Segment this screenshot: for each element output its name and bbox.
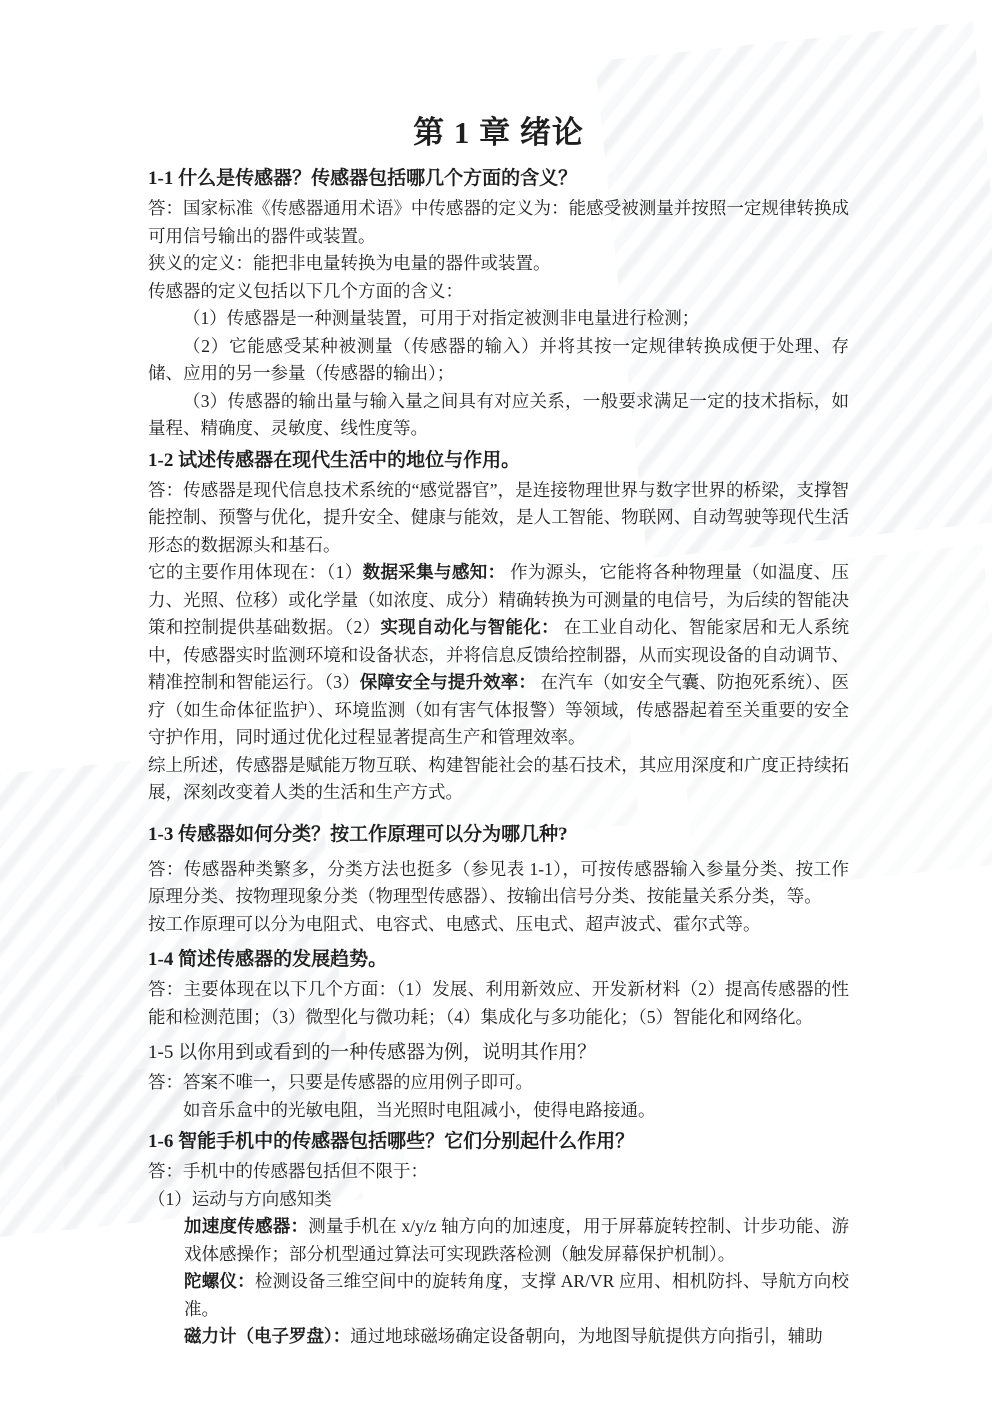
answer-paragraph: 综上所述，传感器是赋能万物互联、构建智能社会的基石技术，其应用深度和广度正持续拓…: [148, 752, 849, 807]
sensor-list-item: 陀螺仪：检测设备三维空间中的旋转角度，支撑 AR/VR 应用、相机防抖、导航方向…: [184, 1268, 849, 1323]
page-title: 第 1 章 绪论: [148, 112, 849, 154]
answer-paragraph: 答：国家标准《传感器通用术语》中传感器的定义为：能感受被测量并按照一定规律转换成…: [148, 195, 849, 250]
sensor-label: 加速度传感器：: [184, 1216, 308, 1236]
answer-paragraph: 如音乐盒中的光敏电阻，当光照时电阻减小，使得电路接通。: [148, 1097, 849, 1125]
question-heading-1-4: 1-4 简述传感器的发展趋势。: [148, 945, 849, 974]
answer-paragraph: 答：手机中的传感器包括但不限于：: [148, 1158, 849, 1186]
answer-paragraph: 狭义的定义：能把非电量转换为电量的器件或装置。: [148, 250, 849, 278]
answer-paragraph: 它的主要作用体现在：（1）数据采集与感知： 作为源头，它能将各种物理量（如温度、…: [148, 559, 849, 752]
question-heading-1-3: 1-3 传感器如何分类？按工作原理可以分为哪几种?: [148, 820, 849, 849]
list-item: （3）传感器的输出量与输入量之间具有对应关系，一般要求满足一定的技术指标，如量程…: [148, 388, 849, 443]
answer-paragraph: （1）运动与方向感知类: [148, 1186, 849, 1214]
answer-paragraph: 答：主要体现在以下几个方面：（1）发展、利用新效应、开发新材料（2）提高传感器的…: [148, 976, 849, 1031]
sensor-list-item: 加速度传感器：测量手机在 x/y/z 轴方向的加速度，用于屏幕旋转控制、计步功能…: [184, 1213, 849, 1268]
question-heading-1-1: 1-1 什么是传感器？传感器包括哪几个方面的含义？: [148, 164, 849, 193]
answer-paragraph: 答：传感器是现代信息技术系统的“感觉器官”，是连接物理世界与数字世界的桥梁，支撑…: [148, 477, 849, 560]
list-item: （2）它能感受某种被测量（传感器的输入）并将其按一定规律转换成便于处理、存储、应…: [148, 333, 849, 388]
answer-bold-run: 数据采集与感知：: [363, 562, 506, 582]
page-number: 1: [0, 1278, 992, 1295]
list-item: （1）传感器是一种测量装置，可用于对指定被测非电量进行检测；: [148, 305, 849, 333]
question-heading-1-5: 1-5 以你用到或看到的一种传感器为例，说明其作用？: [148, 1038, 849, 1067]
answer-text-run: 它的主要作用体现在：（1）: [148, 562, 363, 582]
answer-paragraph: 传感器的定义包括以下几个方面的含义：: [148, 278, 849, 306]
sensor-list-item: 磁力计（电子罗盘）：通过地球磁场确定设备朝向，为地图导航提供方向指引，辅助: [184, 1323, 849, 1351]
question-heading-1-2: 1-2 试述传感器在现代生活中的地位与作用。: [148, 446, 849, 475]
answer-bold-run: 实现自动化与智能化：: [380, 617, 559, 637]
answer-paragraph: 答：答案不唯一，只要是传感器的应用例子即可。: [148, 1069, 849, 1097]
sensor-label: 磁力计（电子罗盘）：: [184, 1326, 350, 1346]
question-heading-1-6: 1-6 智能手机中的传感器包括哪些？它们分别起什么作用？: [148, 1127, 849, 1156]
answer-paragraph: 按工作原理可以分为电阻式、电容式、电感式、压电式、超声波式、霍尔式等。: [148, 911, 849, 939]
sensor-description: 通过地球磁场确定设备朝向，为地图导航提供方向指引，辅助: [350, 1326, 823, 1346]
document-page: 第 1 章 绪论 1-1 什么是传感器？传感器包括哪几个方面的含义？ 答：国家标…: [0, 0, 992, 1403]
answer-paragraph: 答：传感器种类繁多，分类方法也挺多（参见表 1-1），可按传感器输入参量分类、按…: [148, 856, 849, 911]
answer-bold-run: 保障安全与提升效率：: [360, 672, 536, 692]
document-body: 第 1 章 绪论 1-1 什么是传感器？传感器包括哪几个方面的含义？ 答：国家标…: [148, 112, 849, 1351]
